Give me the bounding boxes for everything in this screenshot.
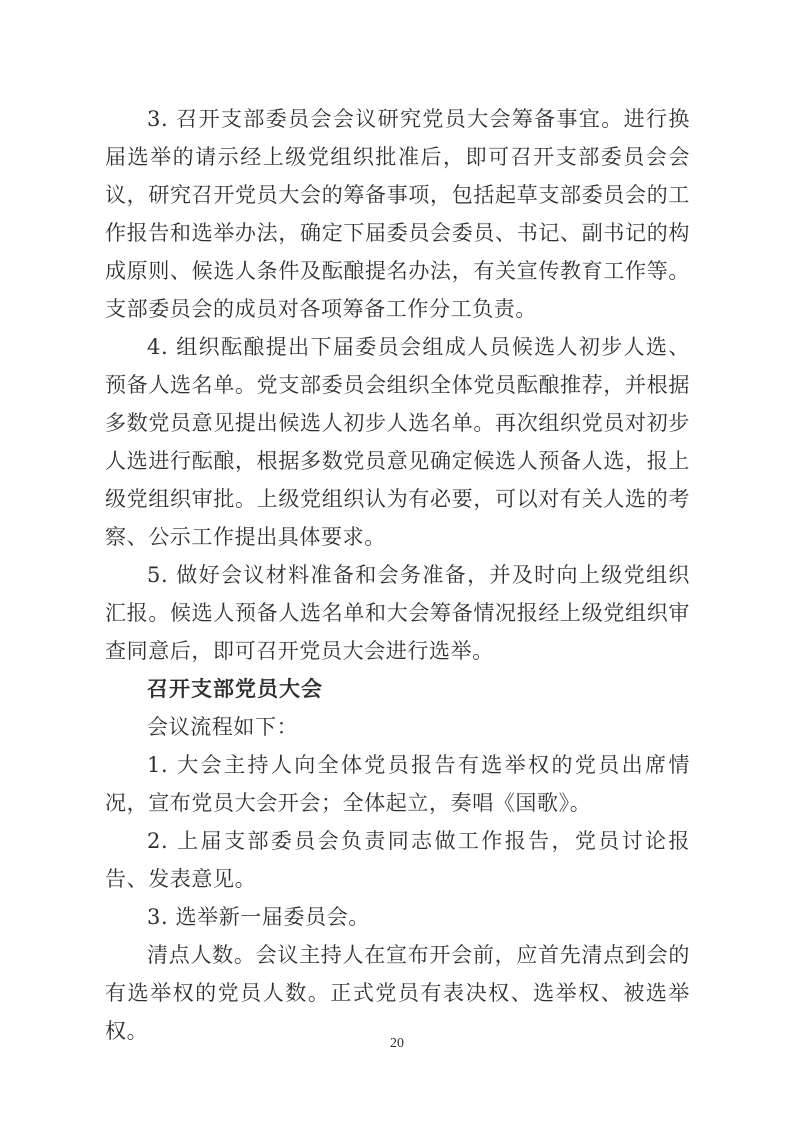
- document-page: 3. 召开支部委员会会议研究党员大会筹备事宜。进行换届选举的请示经上级党组织批准…: [0, 0, 794, 1123]
- paragraph-preparation-step-5: 5. 做好会议材料准备和会务准备，并及时向上级党组织汇报。候选人预备人选名单和大…: [105, 556, 690, 670]
- paragraph-flow-step-2: 2. 上届支部委员会负责同志做工作报告，党员讨论报告、发表意见。: [105, 822, 690, 898]
- section-heading-convene-branch-member-assembly: 召开支部党员大会: [105, 670, 690, 708]
- paragraph-headcount: 清点人数。会议主持人在宣布开会前，应首先清点到会的有选举权的党员人数。正式党员有…: [105, 936, 690, 1050]
- paragraph-preparation-step-4: 4. 组织酝酿提出下届委员会组成人员候选人初步人选、预备人选名单。党支部委员会组…: [105, 328, 690, 556]
- page-number: 20: [0, 1034, 794, 1054]
- paragraph-preparation-step-3: 3. 召开支部委员会会议研究党员大会筹备事宜。进行换届选举的请示经上级党组织批准…: [105, 100, 690, 328]
- paragraph-meeting-flow-intro: 会议流程如下：: [105, 708, 690, 746]
- document-body: 3. 召开支部委员会会议研究党员大会筹备事宜。进行换届选举的请示经上级党组织批准…: [105, 100, 690, 1050]
- paragraph-flow-step-3: 3. 选举新一届委员会。: [105, 898, 690, 936]
- paragraph-flow-step-1: 1. 大会主持人向全体党员报告有选举权的党员出席情况，宣布党员大会开会；全体起立…: [105, 746, 690, 822]
